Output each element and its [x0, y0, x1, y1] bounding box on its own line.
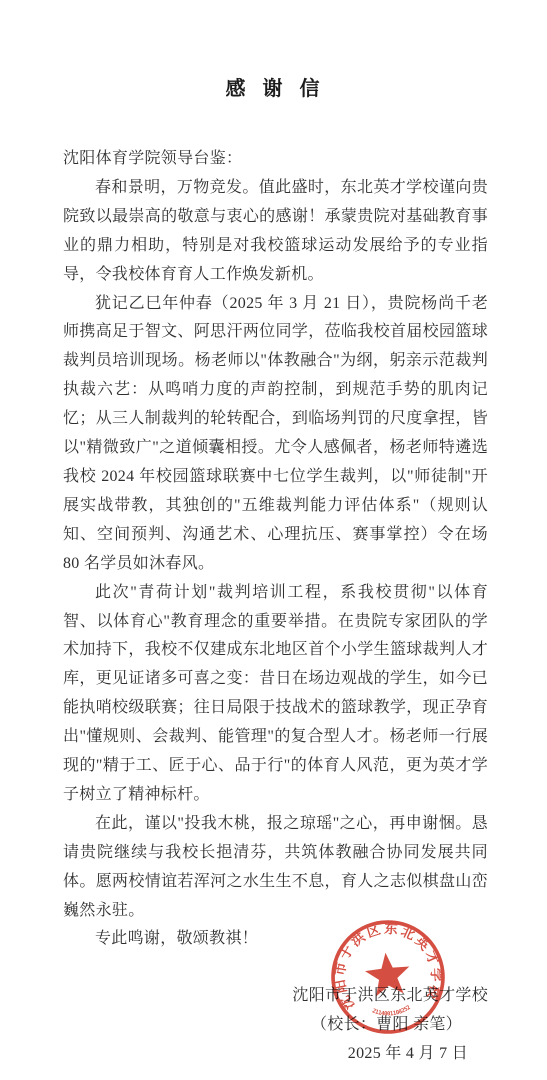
salutation: 沈阳体育学院领导台鉴： — [63, 145, 488, 174]
signature-school-name: 沈阳市于洪区东北英才学校 — [63, 982, 488, 1011]
paragraph-future-wishes: 在此，谨以"投我木桃，报之琼瑶"之心，再申谢悃。恳请贵院继续与我校长挹清芬，共筑… — [63, 810, 488, 926]
signature-block: 沈阳市于洪区东北英才学校 （校长：曹阳 亲笔） 2025 年 4 月 7 日 — [63, 982, 488, 1069]
paragraph-opening-thanks: 春和景明，万物竞发。值此盛时，东北英才学校谨向贵院致以最崇高的敬意与衷心的感谢！… — [63, 174, 488, 290]
letter-body: 春和景明，万物竞发。值此盛时，东北英才学校谨向贵院致以最崇高的敬意与衷心的感谢！… — [63, 174, 488, 954]
closing-salute: 专此鸣谢，敬颂教祺！ — [63, 925, 488, 954]
paragraph-training-recap: 犹记乙巳年仲春（2025 年 3 月 21 日），贵院杨尚千老师携高足于智文、阿… — [63, 290, 488, 579]
letter-title: 感 谢 信 — [63, 72, 488, 101]
signature-principal: （校长：曹阳 亲笔） — [63, 1011, 488, 1040]
paragraph-program-results: 此次"青荷计划"裁判培训工程，系我校贯彻"以体育智、以体育心"教育理念的重要举措… — [63, 579, 488, 810]
letter-page: 感 谢 信 沈阳体育学院领导台鉴： 春和景明，万物竞发。值此盛时，东北英才学校谨… — [0, 0, 547, 1080]
signature-date: 2025 年 4 月 7 日 — [63, 1040, 488, 1069]
